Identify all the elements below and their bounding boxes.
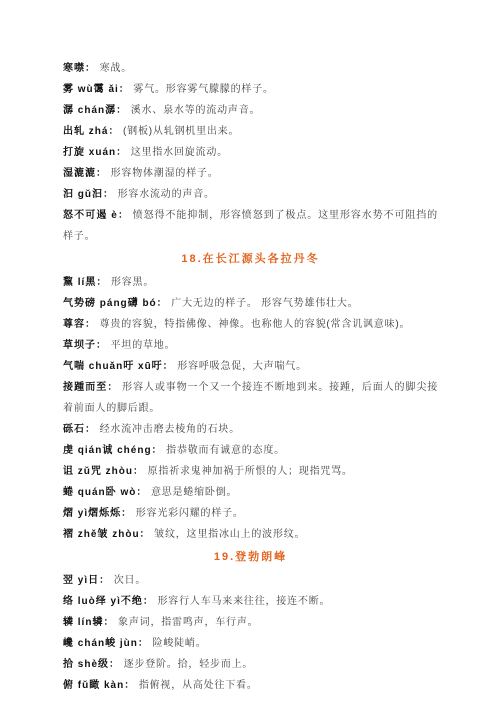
entry-term: 雾 wù霭 ǎi：: [63, 84, 130, 95]
entry-definition: 逐步登阶。拾，轻步而上。: [124, 659, 254, 670]
entry-term: 湿漉漉：: [63, 168, 107, 179]
glossary-entry: 尊容： 尊贵的容貌，特指佛像、神像。也称他人的容貌(常含讥讽意味)。: [63, 314, 438, 335]
entry-term: 气喘 chuǎn吁 xū吁：: [63, 361, 174, 372]
entry-term: 巉 chán峻 jùn：: [63, 638, 149, 649]
entry-definition: 指恭敬而有诚意的态度。: [166, 445, 285, 456]
entry-term: 砾石：: [63, 424, 96, 435]
glossary-entry: 湿漉漉： 形容物体潮湿的样子。: [63, 163, 438, 184]
glossary-entry: 黧 lí黑： 形容黑。: [63, 272, 438, 293]
glossary-entry: 砾石： 经水流冲击磨去棱角的石块。: [63, 419, 438, 440]
glossary-entry: 络 luò绎 yì不绝： 形容行人车马来来往往，接连不断。: [63, 591, 438, 612]
entry-definition: 形容物体潮湿的样子。: [111, 168, 219, 179]
entry-term: 翌 yì日：: [63, 575, 110, 586]
entry-definition: 象声词，指雷鸣声，车行声。: [118, 617, 258, 628]
glossary-entry: 拾 shè级： 逐步登阶。拾，轻步而上。: [63, 654, 438, 675]
entry-term: 辚 lín辚：: [63, 617, 114, 628]
glossary-entry: 草坝子： 平坦的草地。: [63, 335, 438, 356]
entry-term: 草坝子：: [63, 340, 107, 351]
entry-term: 出轧 zhá：: [63, 126, 119, 137]
entry-definition: 险峻陡峭。: [153, 638, 207, 649]
entry-term: 诅 zǔ咒 zhòu：: [63, 466, 144, 477]
glossary-entry: 俯 fǔ瞰 kàn： 指俯视，从高处往下看。: [63, 675, 438, 696]
glossary-entry: 雾 wù霭 ǎi： 雾气。形容雾气朦朦的样子。: [63, 79, 438, 100]
section-heading: 19.登勃朗峰: [63, 547, 438, 568]
entry-term: 汩 gǔ汩：: [63, 189, 114, 200]
document-page: 寒噤： 寒战。雾 wù霭 ǎi： 雾气。形容雾气朦朦的样子。潺 chán潺： 溪…: [0, 0, 500, 707]
entry-term: 熠 yì熠烁烁：: [63, 508, 132, 519]
entry-definition: 寒战。: [100, 63, 132, 74]
glossary-entry: 巉 chán峻 jùn： 险峻陡峭。: [63, 633, 438, 654]
glossary-entry: 蜷 quán卧 wò： 意思是蜷缩卧倒。: [63, 482, 438, 503]
entry-definition: 形容水流动的声音。: [118, 189, 215, 200]
entry-term: 虔 qián诚 chéng：: [63, 445, 163, 456]
entry-term: 蜷 quán卧 wò：: [63, 487, 147, 498]
glossary-entry: 诅 zǔ咒 zhòu： 原指祈求鬼神加祸于所恨的人；现指咒骂。: [63, 461, 438, 482]
entry-definition: 广大无边的样子。 形容气势雄伟壮大。: [171, 298, 358, 309]
entry-definition: 原指祈求鬼神加祸于所恨的人；现指咒骂。: [148, 466, 353, 477]
entry-term: 尊容：: [63, 319, 96, 330]
glossary-entry: 辚 lín辚： 象声词，指雷鸣声，车行声。: [63, 612, 438, 633]
glossary-entry: 熠 yì熠烁烁： 形容光彩闪耀的样子。: [63, 503, 438, 524]
entry-definition: 形容行人车马来来往往，接连不断。: [158, 596, 331, 607]
entry-definition: 这里指水回旋流动。: [131, 147, 228, 158]
entry-definition: 平坦的草地。: [111, 340, 176, 351]
glossary-entry: 翌 yì日： 次日。: [63, 570, 438, 591]
entry-term: 俯 fǔ瞰 kàn：: [63, 680, 135, 691]
entry-definition: 形容人或事物一个又一个接连不断地到来。接踵，后面人的脚尖接着前面人的脚后跟。: [63, 382, 438, 414]
entry-definition: 形容黑。: [111, 277, 154, 288]
glossary-entry: 虔 qián诚 chéng： 指恭敬而有诚意的态度。: [63, 440, 438, 461]
glossary-entry: 汩 gǔ汩： 形容水流动的声音。: [63, 184, 438, 205]
glossary-entry: 出轧 zhá： (钢板)从轧钢机里出来。: [63, 121, 438, 142]
entry-term: 打旋 xuán：: [63, 147, 127, 158]
glossary-entry: 气喘 chuǎn吁 xū吁： 形容呼吸急促，大声喘气。: [63, 356, 438, 377]
glossary-entry: 寒噤： 寒战。: [63, 58, 438, 79]
glossary-entry: 褶 zhě皱 zhòu： 皱纹，这里指冰山上的波形纹。: [63, 524, 438, 545]
entry-term: 络 luò绎 yì不绝：: [63, 596, 154, 607]
entry-term: 怒不可遏 è：: [63, 210, 129, 221]
entry-definition: 形容呼吸急促，大声喘气。: [177, 361, 307, 372]
glossary-entry: 潺 chán潺： 溪水、泉水等的流动声音。: [63, 100, 438, 121]
glossary-entry: 怒不可遏 è： 愤怒得不能抑制，形容愤怒到了极点。这里形容水势不可阻挡的样子。: [63, 205, 438, 247]
glossary: 寒噤： 寒战。雾 wù霭 ǎi： 雾气。形容雾气朦朦的样子。潺 chán潺： 溪…: [63, 58, 438, 696]
entry-term: 褶 zhě皱 zhòu：: [63, 529, 151, 540]
entry-term: 寒噤：: [63, 63, 96, 74]
entry-term: 黧 lí黑：: [63, 277, 107, 288]
entry-term: 接踵而至：: [63, 382, 118, 393]
entry-definition: 形容光彩闪耀的样子。: [136, 508, 244, 519]
glossary-entry: 气势磅 páng礴 bó： 广大无边的样子。 形容气势雄伟壮大。: [63, 293, 438, 314]
entry-term: 拾 shè级：: [63, 659, 120, 670]
entry-definition: (钢板)从轧钢机里出来。: [123, 126, 239, 137]
entry-definition: 溪水、泉水等的流动声音。: [131, 105, 261, 116]
entry-definition: 尊贵的容貌，特指佛像、神像。也称他人的容貌(常含讥讽意味)。: [100, 319, 411, 330]
entry-definition: 次日。: [114, 575, 146, 586]
glossary-entry: 打旋 xuán： 这里指水回旋流动。: [63, 142, 438, 163]
entry-definition: 经水流冲击磨去棱角的石块。: [100, 424, 240, 435]
entry-term: 气势磅 páng礴 bó：: [63, 298, 168, 309]
entry-definition: 雾气。形容雾气朦朦的样子。: [133, 84, 273, 95]
entry-definition: 指俯视，从高处往下看。: [139, 680, 258, 691]
entry-term: 潺 chán潺：: [63, 105, 127, 116]
entry-definition: 意思是蜷缩卧倒。: [151, 487, 237, 498]
glossary-entry: 接踵而至： 形容人或事物一个又一个接连不断地到来。接踵，后面人的脚尖接着前面人的…: [63, 377, 438, 419]
entry-definition: 皱纹，这里指冰山上的波形纹。: [154, 529, 305, 540]
section-heading: 18.在长江源头各拉丹冬: [63, 249, 438, 270]
